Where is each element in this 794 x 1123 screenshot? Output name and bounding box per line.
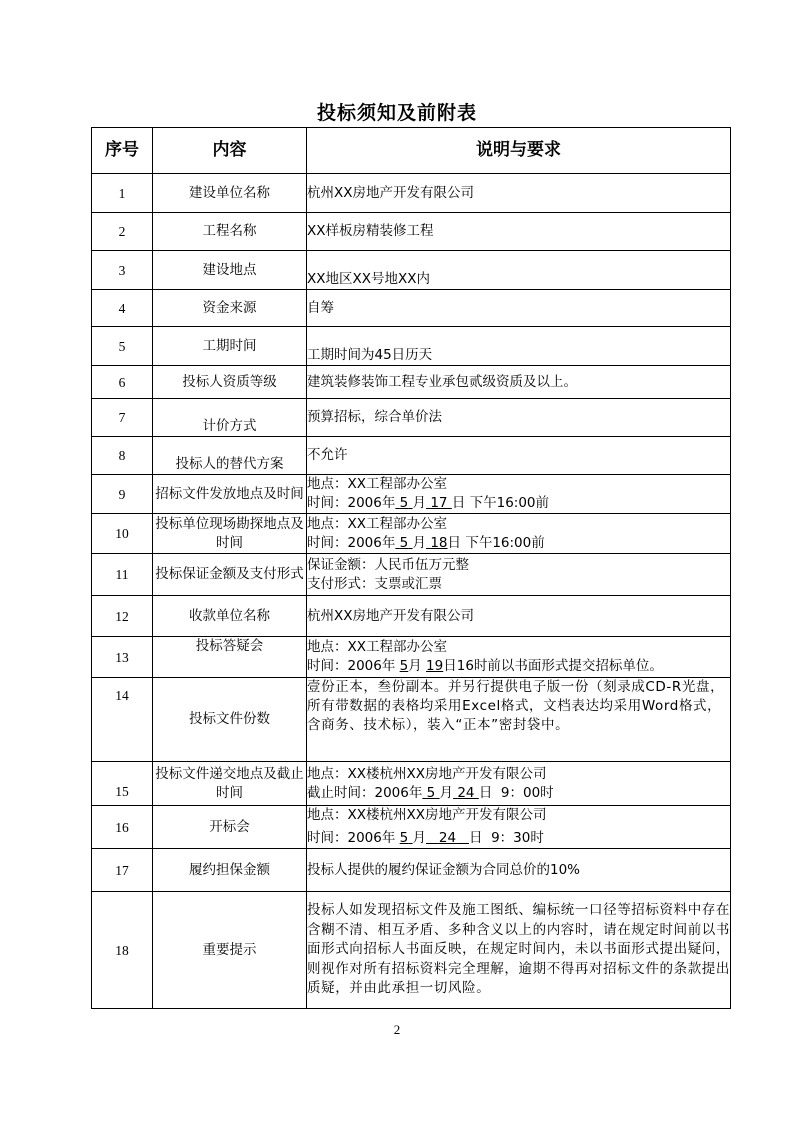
- row-number: 13: [92, 637, 153, 678]
- row-number: 9: [92, 475, 153, 514]
- table-row: 8 投标人的替代方案 不允许: [92, 437, 731, 475]
- day-number: 19: [426, 658, 443, 674]
- row-desc: 工期时间为45日历天: [307, 327, 731, 366]
- table-row: 16 开标会 地点：XX楼杭州XX房地产开发有限公司 时间：2006年 5 月 …: [92, 806, 731, 849]
- row-desc: 杭州XX房地产开发有限公司: [307, 596, 731, 637]
- month-unit: 月: [413, 830, 427, 846]
- location-line: 地点：XX工程部办公室: [307, 515, 730, 534]
- day-value: 19: [426, 658, 443, 674]
- table-row: 9 招标文件发放地点及时间 地点：XX工程部办公室 时间：2006年 5 月 1…: [92, 475, 731, 514]
- row-item: 工程名称: [153, 213, 307, 251]
- row-item: 招标文件发放地点及时间: [153, 475, 307, 514]
- month-number: 5: [400, 830, 409, 846]
- time-suffix: 9：30时: [482, 830, 543, 846]
- row-number: 10: [92, 514, 153, 554]
- row-desc: 地点：XX工程部办公室 时间：2006年 5 月 17 日 下午16:00前: [307, 475, 731, 514]
- header-serial: 序号: [92, 128, 153, 174]
- row-desc: XX地区XX号地XX内: [307, 251, 731, 290]
- table-row: 17 履约担保金额 投标人提供的履约保证金额为合同总价的10%: [92, 849, 731, 892]
- row-number: 1: [92, 174, 153, 213]
- month-unit: 月: [440, 785, 454, 801]
- day-number: 24: [457, 785, 474, 801]
- table-row: 6 投标人资质等级 建筑装修装饰工程专业承包贰级资质及以上。: [92, 366, 731, 399]
- table-row: 13 投标答疑会 地点：XX工程部办公室 时间：2006年 5月 19日16时前…: [92, 637, 731, 678]
- row-item: 资金来源: [153, 290, 307, 327]
- row-item: 收款单位名称: [153, 596, 307, 637]
- row-item: 工期时间: [153, 327, 307, 366]
- table-row: 2 工程名称 XX样板房精装修工程: [92, 213, 731, 251]
- row-item: 投标人资质等级: [153, 366, 307, 399]
- month-unit: 月: [413, 535, 427, 551]
- row-item: 投标保证金额及支付形式: [153, 554, 307, 596]
- month-value: 5: [422, 785, 439, 801]
- day-number: 24: [439, 830, 456, 846]
- day-unit: 日: [448, 535, 462, 551]
- month-unit: 月: [408, 658, 422, 674]
- row-number: 3: [92, 251, 153, 290]
- payment-line: 支付形式：支票或汇票: [307, 575, 730, 594]
- row-desc: 建筑装修装饰工程专业承包贰级资质及以上。: [307, 366, 731, 399]
- month-value: 5: [395, 535, 412, 551]
- bid-instructions-table: 序号 内容 说明与要求 1 建设单位名称 杭州XX房地产开发有限公司 2 工程名…: [91, 127, 731, 1009]
- row-item: 投标答疑会: [153, 637, 307, 678]
- table-row: 18 重要提示 投标人如发现招标文件及施工图纸、编标统一口径等招标资料中存在含糊…: [92, 892, 731, 1009]
- row-desc: 投标人如发现招标文件及施工图纸、编标统一口径等招标资料中存在含糊不清、相互矛盾、…: [307, 892, 731, 1009]
- row-item: 重要提示: [153, 892, 307, 1009]
- row-number: 11: [92, 554, 153, 596]
- header-content: 内容: [153, 128, 307, 174]
- month-number: 5: [400, 495, 409, 511]
- table-header-row: 序号 内容 说明与要求: [92, 128, 731, 174]
- row-item: 建设地点: [153, 251, 307, 290]
- time-prefix: 截止时间：2006年: [307, 785, 422, 801]
- time-prefix: 时间：2006年: [307, 658, 395, 674]
- month-number: 5: [400, 658, 409, 674]
- day-value: 24: [426, 830, 469, 846]
- table-row: 3 建设地点 XX地区XX号地XX内: [92, 251, 731, 290]
- row-number: 14: [92, 678, 153, 762]
- time-suffix: 9：00时: [492, 785, 553, 801]
- row-desc: 地点：XX楼杭州XX房地产开发有限公司 时间：2006年 5 月 24 日 9：…: [307, 806, 731, 849]
- month-number: 5: [400, 535, 409, 551]
- month-number: 5: [427, 785, 436, 801]
- row-number: 15: [92, 762, 153, 806]
- table-row: 14 投标文件份数 壹份正本，叁份副本。并另行提供电子版一份（刻录成CD-R光盘…: [92, 678, 731, 762]
- row-desc: 地点：XX工程部办公室 时间：2006年 5月 19日16时前以书面形式提交招标…: [307, 637, 731, 678]
- row-desc: 预算招标，综合单价法: [307, 399, 731, 437]
- day-unit: 日: [443, 658, 457, 674]
- time-prefix: 时间：2006年: [307, 495, 395, 511]
- day-value: 17: [426, 495, 452, 511]
- time-line: 时间：2006年 5月 19日16时前以书面形式提交招标单位。: [307, 657, 730, 676]
- row-number: 18: [92, 892, 153, 1009]
- day-number: 18: [430, 535, 447, 551]
- page-number: 2: [0, 1022, 794, 1038]
- time-suffix: 16时前以书面形式提交招标单位。: [457, 658, 663, 674]
- row-number: 17: [92, 849, 153, 892]
- row-desc: 地点：XX楼杭州XX房地产开发有限公司 截止时间：2006年 5 月 24 日 …: [307, 762, 731, 806]
- table-row: 1 建设单位名称 杭州XX房地产开发有限公司: [92, 174, 731, 213]
- table-row: 10 投标单位现场勘探地点及时间 地点：XX工程部办公室 时间：2006年 5 …: [92, 514, 731, 554]
- amount-line: 保证金额：人民币伍万元整: [307, 556, 730, 575]
- table-row: 15 投标文件递交地点及截止时间 地点：XX楼杭州XX房地产开发有限公司 截止时…: [92, 762, 731, 806]
- row-desc: 地点：XX工程部办公室 时间：2006年 5 月 18日 下午16:00前: [307, 514, 731, 554]
- row-desc: XX样板房精装修工程: [307, 213, 731, 251]
- row-number: 7: [92, 399, 153, 437]
- table-row: 5 工期时间 工期时间为45日历天: [92, 327, 731, 366]
- table-row: 4 资金来源 自筹: [92, 290, 731, 327]
- location-line: 地点：XX楼杭州XX房地产开发有限公司: [307, 806, 730, 825]
- time-prefix: 时间：2006年: [307, 830, 395, 846]
- day-number: 17: [430, 495, 447, 511]
- day-unit: 日: [469, 830, 483, 846]
- row-number: 16: [92, 806, 153, 849]
- row-item: 开标会: [153, 806, 307, 849]
- month-value: 5: [395, 495, 412, 511]
- document-title: 投标须知及前附表: [0, 98, 794, 125]
- day-unit: 日: [452, 495, 466, 511]
- row-item: 投标文件递交地点及截止时间: [153, 762, 307, 806]
- row-number: 4: [92, 290, 153, 327]
- row-item: 计价方式: [153, 399, 307, 437]
- row-number: 8: [92, 437, 153, 475]
- row-item: 投标人的替代方案: [153, 437, 307, 475]
- row-number: 5: [92, 327, 153, 366]
- row-desc: 自筹: [307, 290, 731, 327]
- row-number: 12: [92, 596, 153, 637]
- table-row: 12 收款单位名称 杭州XX房地产开发有限公司: [92, 596, 731, 637]
- row-item: 投标单位现场勘探地点及时间: [153, 514, 307, 554]
- day-unit: 日: [479, 785, 493, 801]
- month-value: 5: [400, 830, 413, 846]
- day-value: 24: [453, 785, 479, 801]
- row-desc: 壹份正本，叁份副本。并另行提供电子版一份（刻录成CD-R光盘，所有带数据的表格均…: [307, 678, 731, 762]
- row-item: 履约担保金额: [153, 849, 307, 892]
- table-row: 11 投标保证金额及支付形式 保证金额：人民币伍万元整 支付形式：支票或汇票: [92, 554, 731, 596]
- deadline-line: 截止时间：2006年 5 月 24 日 9：00时: [307, 784, 730, 803]
- header-requirements: 说明与要求: [307, 128, 731, 174]
- row-desc: 不允许: [307, 437, 731, 475]
- row-desc: 杭州XX房地产开发有限公司: [307, 174, 731, 213]
- location-line: 地点：XX工程部办公室: [307, 638, 730, 657]
- time-line: 时间：2006年 5 月 17 日 下午16:00前: [307, 494, 730, 513]
- time-prefix: 时间：2006年: [307, 535, 395, 551]
- row-item: 建设单位名称: [153, 174, 307, 213]
- time-line: 时间：2006年 5 月 24 日 9：30时: [307, 829, 730, 848]
- location-line: 地点：XX工程部办公室: [307, 475, 730, 494]
- row-number: 2: [92, 213, 153, 251]
- time-line: 时间：2006年 5 月 18日 下午16:00前: [307, 534, 730, 553]
- row-desc: 投标人提供的履约保证金额为合同总价的10%: [307, 849, 731, 892]
- row-item: 投标文件份数: [153, 678, 307, 762]
- time-suffix: 下午16:00前: [461, 535, 545, 551]
- row-number: 6: [92, 366, 153, 399]
- table-row: 7 计价方式 预算招标，综合单价法: [92, 399, 731, 437]
- row-desc: 保证金额：人民币伍万元整 支付形式：支票或汇票: [307, 554, 731, 596]
- month-value: 5: [400, 658, 409, 674]
- time-suffix: 下午16:00前: [465, 495, 549, 511]
- month-unit: 月: [413, 495, 427, 511]
- day-value: 18: [426, 535, 447, 551]
- location-line: 地点：XX楼杭州XX房地产开发有限公司: [307, 765, 730, 784]
